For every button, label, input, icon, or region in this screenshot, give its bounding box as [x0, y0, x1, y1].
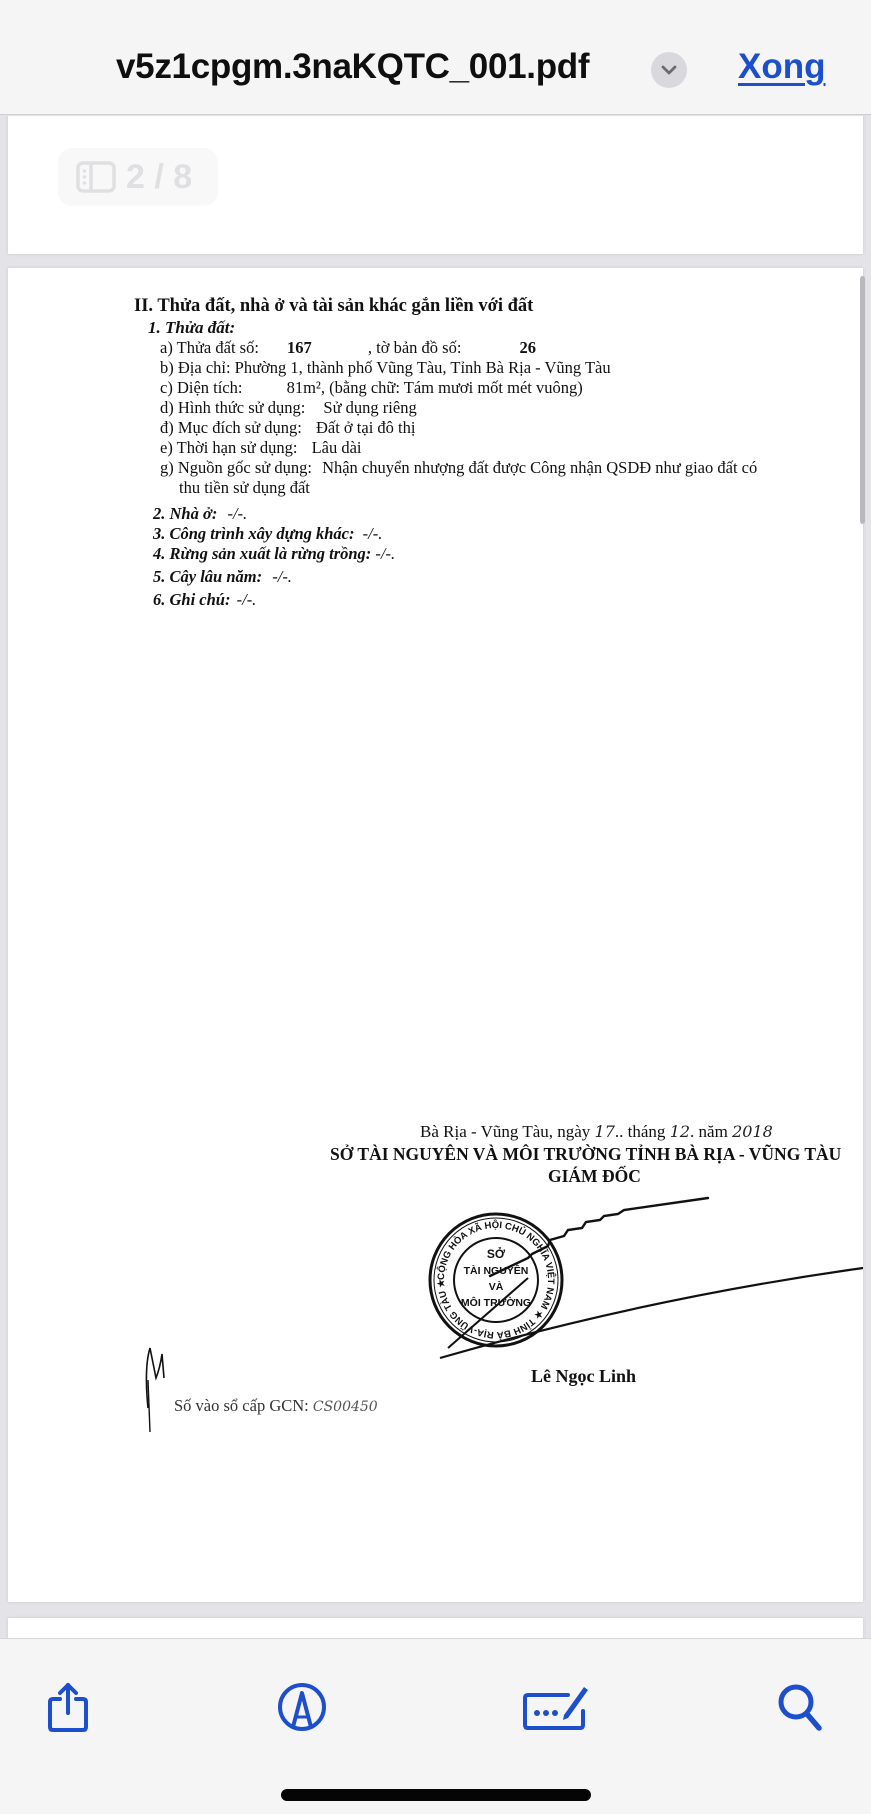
parcel-number: 167	[287, 338, 312, 357]
section-2-sub-1: 1. Thửa đất:	[148, 318, 235, 338]
item-perennial-trees-label: 5. Cây lâu năm:	[153, 567, 262, 586]
address-line: b) Địa chỉ: Phường 1, thành phố Vũng Tàu…	[160, 358, 611, 378]
markup-button[interactable]	[272, 1677, 332, 1737]
item-house-label: 2. Nhà ở:	[153, 504, 217, 523]
page-indicator[interactable]: 2 / 8	[58, 148, 218, 206]
svg-text:TÀI NGUYÊN: TÀI NGUYÊN	[464, 1264, 529, 1277]
svg-text:VÀ: VÀ	[489, 1280, 504, 1293]
sidebar-icon	[76, 161, 116, 193]
markup-icon	[276, 1681, 328, 1733]
date-year: 2018	[732, 1122, 773, 1141]
signer-role: GIÁM ĐỐC	[548, 1166, 641, 1187]
pdf-page-3: III. Sơ đồ thửa đất, nhà ở và tài sản kh…	[8, 1618, 863, 1638]
item-notes: 6. Ghi chú: -/-.	[153, 590, 256, 610]
item-notes-value: -/-.	[237, 590, 257, 609]
month-label: tháng	[628, 1122, 666, 1141]
document-title[interactable]: v5z1cpgm.3naKQTC_001.pdf	[116, 47, 589, 87]
year-label: năm	[699, 1122, 728, 1141]
certificate-registration: Số vào sổ cấp GCN: CS00450	[174, 1396, 378, 1416]
date-day: 17	[595, 1122, 615, 1141]
map-sheet-label: , tờ bản đồ số:	[368, 338, 462, 357]
issuing-organization: SỞ TÀI NGUYÊN VÀ MÔI TRƯỜNG TỈNH BÀ RỊA …	[330, 1144, 841, 1165]
item-perennial-trees: 5. Cây lâu năm: -/-.	[153, 567, 292, 587]
map-sheet-number: 26	[520, 338, 537, 357]
pdf-viewer[interactable]: 2 / 8 II. Thửa đất, nhà ở và tài sản khá…	[0, 116, 871, 1638]
svg-text:SỞ: SỞ	[487, 1246, 506, 1261]
usage-form-value: Sử dụng riêng	[323, 398, 416, 417]
item-perennial-trees-value: -/-.	[272, 567, 292, 586]
item-notes-label: 6. Ghi chú:	[153, 590, 230, 609]
area-line: c) Diện tích: 81m², (bằng chữ: Tám mươi …	[160, 378, 583, 398]
home-indicator[interactable]	[281, 1789, 591, 1801]
usage-term-value: Lâu dài	[312, 438, 362, 457]
usage-origin-value-cont: thu tiền sử dụng đất	[179, 478, 310, 498]
area-label: c) Diện tích:	[160, 378, 242, 397]
search-button[interactable]	[770, 1677, 830, 1737]
page-indicator-text: 2 / 8	[126, 158, 192, 197]
registration-number: CS00450	[313, 1399, 378, 1415]
usage-origin-label: g) Nguồn gốc sử dụng:	[160, 458, 312, 477]
area-value: 81m², (bằng chữ: Tám mươi mốt mét vuông)	[287, 378, 583, 397]
signer-name: Lê Ngọc Linh	[531, 1366, 636, 1387]
north-arrow-icon	[8, 1618, 863, 1638]
place-and-date: Bà Rịa - Vũng Tàu, ngày 17.. tháng 12. n…	[420, 1122, 773, 1142]
usage-term-label: e) Thời hạn sử dụng:	[160, 438, 297, 457]
usage-term-line: e) Thời hạn sử dụng: Lâu dài	[160, 438, 362, 458]
usage-origin-value: Nhận chuyển nhượng đất được Công nhận QS…	[322, 458, 757, 477]
parcel-number-line: a) Thửa đất số: 167 , tờ bản đồ số: 26	[160, 338, 536, 358]
fill-and-sign-button[interactable]	[520, 1677, 590, 1737]
usage-origin-line: g) Nguồn gốc sử dụng: Nhận chuyển nhượng…	[160, 458, 757, 478]
svg-text:MÔI TRƯỜNG: MÔI TRƯỜNG	[461, 1296, 531, 1309]
place-date-prefix: Bà Rịa - Vũng Tàu, ngày	[420, 1122, 590, 1141]
item-planted-forest-label: 4. Rừng sản xuất là rừng trồng:	[153, 544, 371, 563]
usage-purpose-line: đ) Mục đích sử dụng: Đất ở tại đô thị	[160, 418, 415, 438]
pdf-page-2: II. Thửa đất, nhà ở và tài sản khác gắn …	[8, 268, 863, 1602]
search-icon	[775, 1681, 825, 1733]
signature-icon	[520, 1681, 590, 1733]
done-button[interactable]: Xong	[738, 47, 825, 87]
date-month: 12	[670, 1122, 690, 1141]
title-menu-button[interactable]	[651, 52, 687, 88]
parcel-number-label: a) Thửa đất số:	[160, 338, 259, 357]
item-planted-forest-value: -/-.	[375, 544, 395, 563]
item-other-construction-value: -/-.	[363, 524, 383, 543]
share-icon	[44, 1679, 92, 1735]
item-planted-forest: 4. Rừng sản xuất là rừng trồng: -/-.	[153, 544, 395, 564]
item-other-construction-label: 3. Công trình xây dựng khác:	[153, 524, 355, 543]
bottom-toolbar	[0, 1638, 871, 1814]
section-2-heading: II. Thửa đất, nhà ở và tài sản khác gắn …	[134, 296, 533, 317]
usage-purpose-value: Đất ở tại đô thị	[316, 418, 415, 437]
official-stamp-icon: CỘNG HÒA XÃ HỘI CHỦ NGHĨA VIỆT NAM ★ TỈN…	[426, 1210, 566, 1350]
pdf-page-1: 2 / 8	[8, 116, 863, 254]
share-button[interactable]	[38, 1677, 98, 1737]
vertical-scrollbar[interactable]	[860, 276, 865, 524]
item-other-construction: 3. Công trình xây dựng khác: -/-.	[153, 524, 382, 544]
top-navigation-bar: v5z1cpgm.3naKQTC_001.pdf Xong	[0, 0, 871, 115]
usage-form-line: d) Hình thức sử dụng: Sử dụng riêng	[160, 398, 417, 418]
item-house: 2. Nhà ở: -/-.	[153, 504, 247, 524]
chevron-down-icon	[660, 64, 678, 76]
registration-label: Số vào sổ cấp GCN:	[174, 1396, 309, 1415]
usage-purpose-label: đ) Mục đích sử dụng:	[160, 418, 302, 437]
usage-form-label: d) Hình thức sử dụng:	[160, 398, 305, 417]
item-house-value: -/-.	[227, 504, 247, 523]
